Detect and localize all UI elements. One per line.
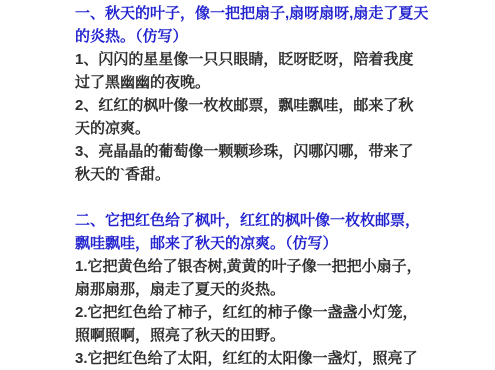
answer-item-1: 1、闪闪的星星像一只只眼睛，眨呀眨呀，陪着我度 过了黑幽幽的夜晚。	[75, 48, 495, 94]
text-line: 过了黑幽幽的夜晚。	[75, 71, 495, 94]
answer-item-2: 2、红红的枫叶像一枚枚邮票，飘哇飘哇，邮来了秋 天的凉爽。	[75, 94, 495, 140]
text-line: 3、亮晶晶的葡萄像一颗颗珍珠，闪哪闪哪，带来了	[75, 140, 495, 163]
section-autumn-colors: 二、它把红色给了枫叶，红红的枫叶像一枚枚邮票， 飘哇飘哇，邮来了秋天的凉爽。（仿…	[75, 209, 495, 370]
text-line: 天的凉爽。	[75, 117, 495, 140]
section-2-heading: 二、它把红色给了枫叶，红红的枫叶像一枚枚邮票， 飘哇飘哇，邮来了秋天的凉爽。（仿…	[75, 209, 495, 255]
text-line: 2、红红的枫叶像一枚枚邮票，飘哇飘哇，邮来了秋	[75, 94, 495, 117]
text-line: 2.它把红色给了柿子，红红的柿子像一盏盏小灯笼，	[75, 301, 495, 324]
section-autumn-leaves: 一、秋天的叶子，像一把把扇子,扇呀扇呀,扇走了夏天 的炎热。（仿写） 1、闪闪的…	[75, 2, 495, 186]
heading-line: 飘哇飘哇，邮来了秋天的凉爽。（仿写）	[75, 232, 495, 255]
heading-line: 的炎热。（仿写）	[75, 25, 495, 48]
text-line: 秋天的`香甜。	[75, 163, 495, 186]
answer-item-3: 3.它把红色给了太阳，红红的太阳像一盏灯，照亮了	[75, 347, 495, 370]
text-line: 1.它把黄色给了银杏树,黄黄的叶子像一把把小扇子，	[75, 255, 495, 278]
section-1-heading: 一、秋天的叶子，像一把把扇子,扇呀扇呀,扇走了夏天 的炎热。（仿写）	[75, 2, 495, 48]
text-line: 3.它把红色给了太阳，红红的太阳像一盏灯，照亮了	[75, 347, 495, 370]
worksheet-page: 一、秋天的叶子，像一把把扇子,扇呀扇呀,扇走了夏天 的炎热。（仿写） 1、闪闪的…	[0, 0, 495, 370]
text-line: 1、闪闪的星星像一只只眼睛，眨呀眨呀，陪着我度	[75, 48, 495, 71]
heading-line: 二、它把红色给了枫叶，红红的枫叶像一枚枚邮票，	[75, 209, 495, 232]
answer-item-1: 1.它把黄色给了银杏树,黄黄的叶子像一把把小扇子， 扇那扇那，扇走了夏天的炎热。	[75, 255, 495, 301]
text-line: 照啊照啊，照亮了秋天的田野。	[75, 324, 495, 347]
answer-item-3: 3、亮晶晶的葡萄像一颗颗珍珠，闪哪闪哪，带来了 秋天的`香甜。	[75, 140, 495, 186]
text-line: 扇那扇那，扇走了夏天的炎热。	[75, 278, 495, 301]
heading-line: 一、秋天的叶子，像一把把扇子,扇呀扇呀,扇走了夏天	[75, 2, 495, 25]
answer-item-2: 2.它把红色给了柿子，红红的柿子像一盏盏小灯笼， 照啊照啊，照亮了秋天的田野。	[75, 301, 495, 347]
